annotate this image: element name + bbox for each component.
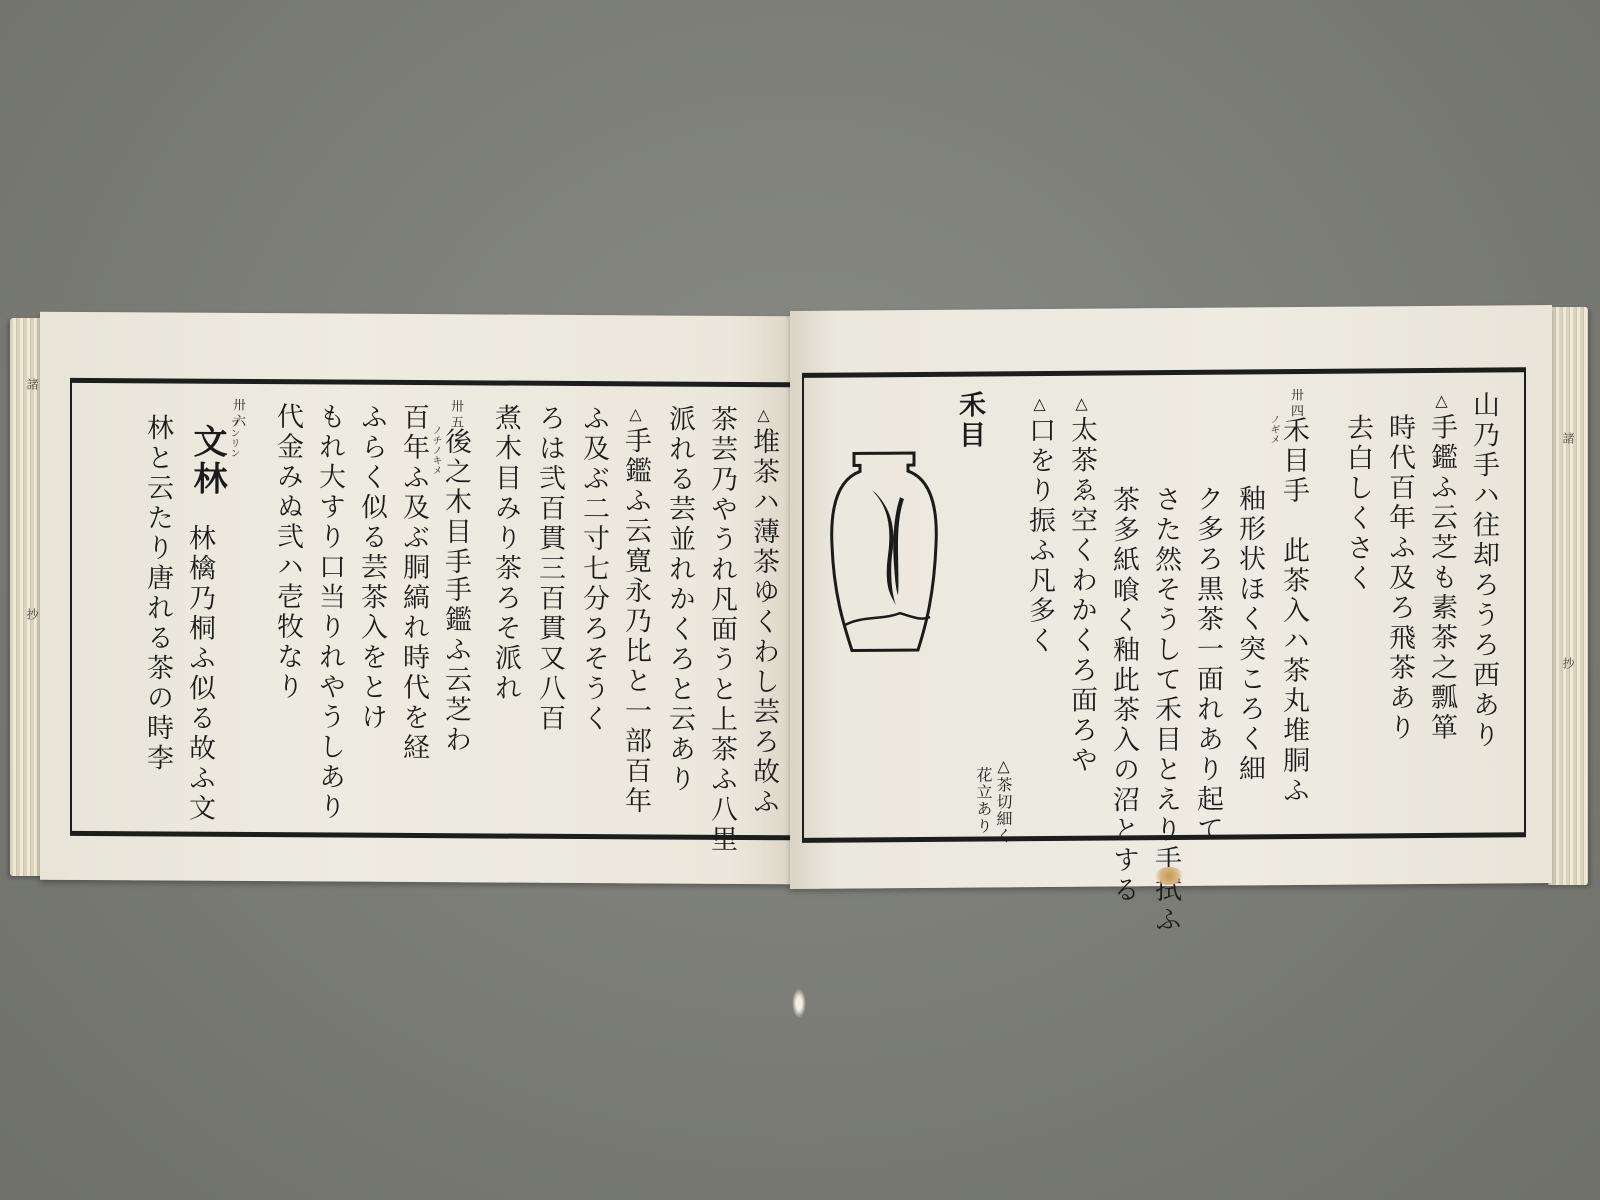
entry-title-column: 禾目手 此茶入ハ茶丸堆胴ふ: [1278, 416, 1308, 806]
right-page-edges: 諸 抄: [1548, 307, 1588, 885]
text-column: 手鑑ふ云芝わ: [440, 575, 470, 755]
text-column: ろは弐百貫三百貫又八百: [534, 404, 564, 734]
right-page-frame: 山乃手ハ往却ろうろ西あり △手鑑ふ云芝も素茶之瓢箪 時代百年ふ及ろ飛茶あり 去白…: [802, 367, 1526, 843]
edge-mark-bottom: 抄: [1560, 657, 1577, 669]
entry-title: 後之木目手: [440, 427, 470, 577]
right-page: 山乃手ハ往却ろうろ西あり △手鑑ふ云芝も素茶之瓢箪 時代百年ふ及ろ飛茶あり 去白…: [790, 305, 1552, 889]
open-book: 諸 抄 諸 抄 △堆茶ハ薄茶ゆくわし芸ろ故ふ 茶芸乃やうれ凡面うと上茶ふ八里 派…: [0, 0, 1600, 1200]
edge-mark-top: 諸: [1560, 432, 1577, 444]
edge-mark-bottom: 抄: [24, 608, 41, 620]
text-column: 煮木目みり茶ろそ派れ: [490, 403, 520, 703]
small-note: 花立あり: [974, 766, 992, 834]
text-column: 林檎乃桐ふ似る故ふ文: [184, 524, 214, 824]
text-column: △太茶ゑ空くわかくろ面ろや: [1066, 394, 1096, 776]
text-column: 林と云たり唐れる茶の時李: [142, 413, 172, 773]
ruby-annotation: ノギメ: [1266, 414, 1281, 444]
text-column: △口をり振ふ凡多く: [1024, 394, 1054, 656]
text-column: 茶芸乃やうれ凡面うと上茶ふ八里: [706, 405, 736, 855]
small-note: △茶切細く: [994, 756, 1012, 844]
paper-tear: [792, 988, 806, 1018]
tea-caddy-illustration: [822, 445, 942, 666]
ruby-annotation: ノチノキメ: [428, 425, 443, 475]
text-column: ふらく似る芸茶入をとけ: [356, 403, 386, 733]
ruby-annotation: ブンリン: [226, 418, 241, 458]
text-column: ク多ろ黒茶一面れあり起て: [1192, 485, 1222, 845]
text-column: △手鑑ふ云芝も素茶之瓢箪: [1426, 391, 1456, 743]
text-column: 去白しくさく: [1342, 413, 1372, 593]
text-column: △堆茶ハ薄茶ゆくわし芸ろ故ふ: [748, 405, 778, 817]
text-column: 山乃手ハ往却ろうろ西あり: [1468, 390, 1498, 750]
left-page: △堆茶ハ薄茶ゆくわし芸ろ故ふ 茶芸乃やうれ凡面うと上茶ふ八里 派れる芸並れかくろ…: [40, 312, 792, 885]
text-column: 代金みぬ弐ハ壱牧なり: [272, 402, 302, 702]
text-column: △手鑑ふ云寛永乃比と一部百年: [620, 404, 650, 816]
text-column: 派れる芸並れかくろと云あり: [664, 405, 694, 795]
text-column: もれ大すり口当りれやうしあり: [314, 402, 344, 822]
edge-mark-top: 諸: [24, 378, 41, 390]
text-column: 釉形状ほく突ころく細: [1234, 484, 1264, 784]
text-column: 茶多紙喰く釉此茶入の沼とする: [1108, 485, 1138, 905]
text-column: 百年ふ及ぶ胴縞れ時代を経: [398, 403, 428, 763]
illustration-label: 禾目: [954, 390, 984, 450]
entry-title: 文林: [192, 424, 222, 498]
text-column: ふ及ぶ二寸七分ろそうく: [578, 404, 608, 734]
left-page-frame: △堆茶ハ薄茶ゆくわし芸ろ故ふ 茶芸乃やうれ凡面うと上茶ふ八里 派れる芸並れかくろ…: [70, 378, 792, 840]
text-column: 時代百年ふ及ろ飛茶あり: [1384, 413, 1414, 743]
